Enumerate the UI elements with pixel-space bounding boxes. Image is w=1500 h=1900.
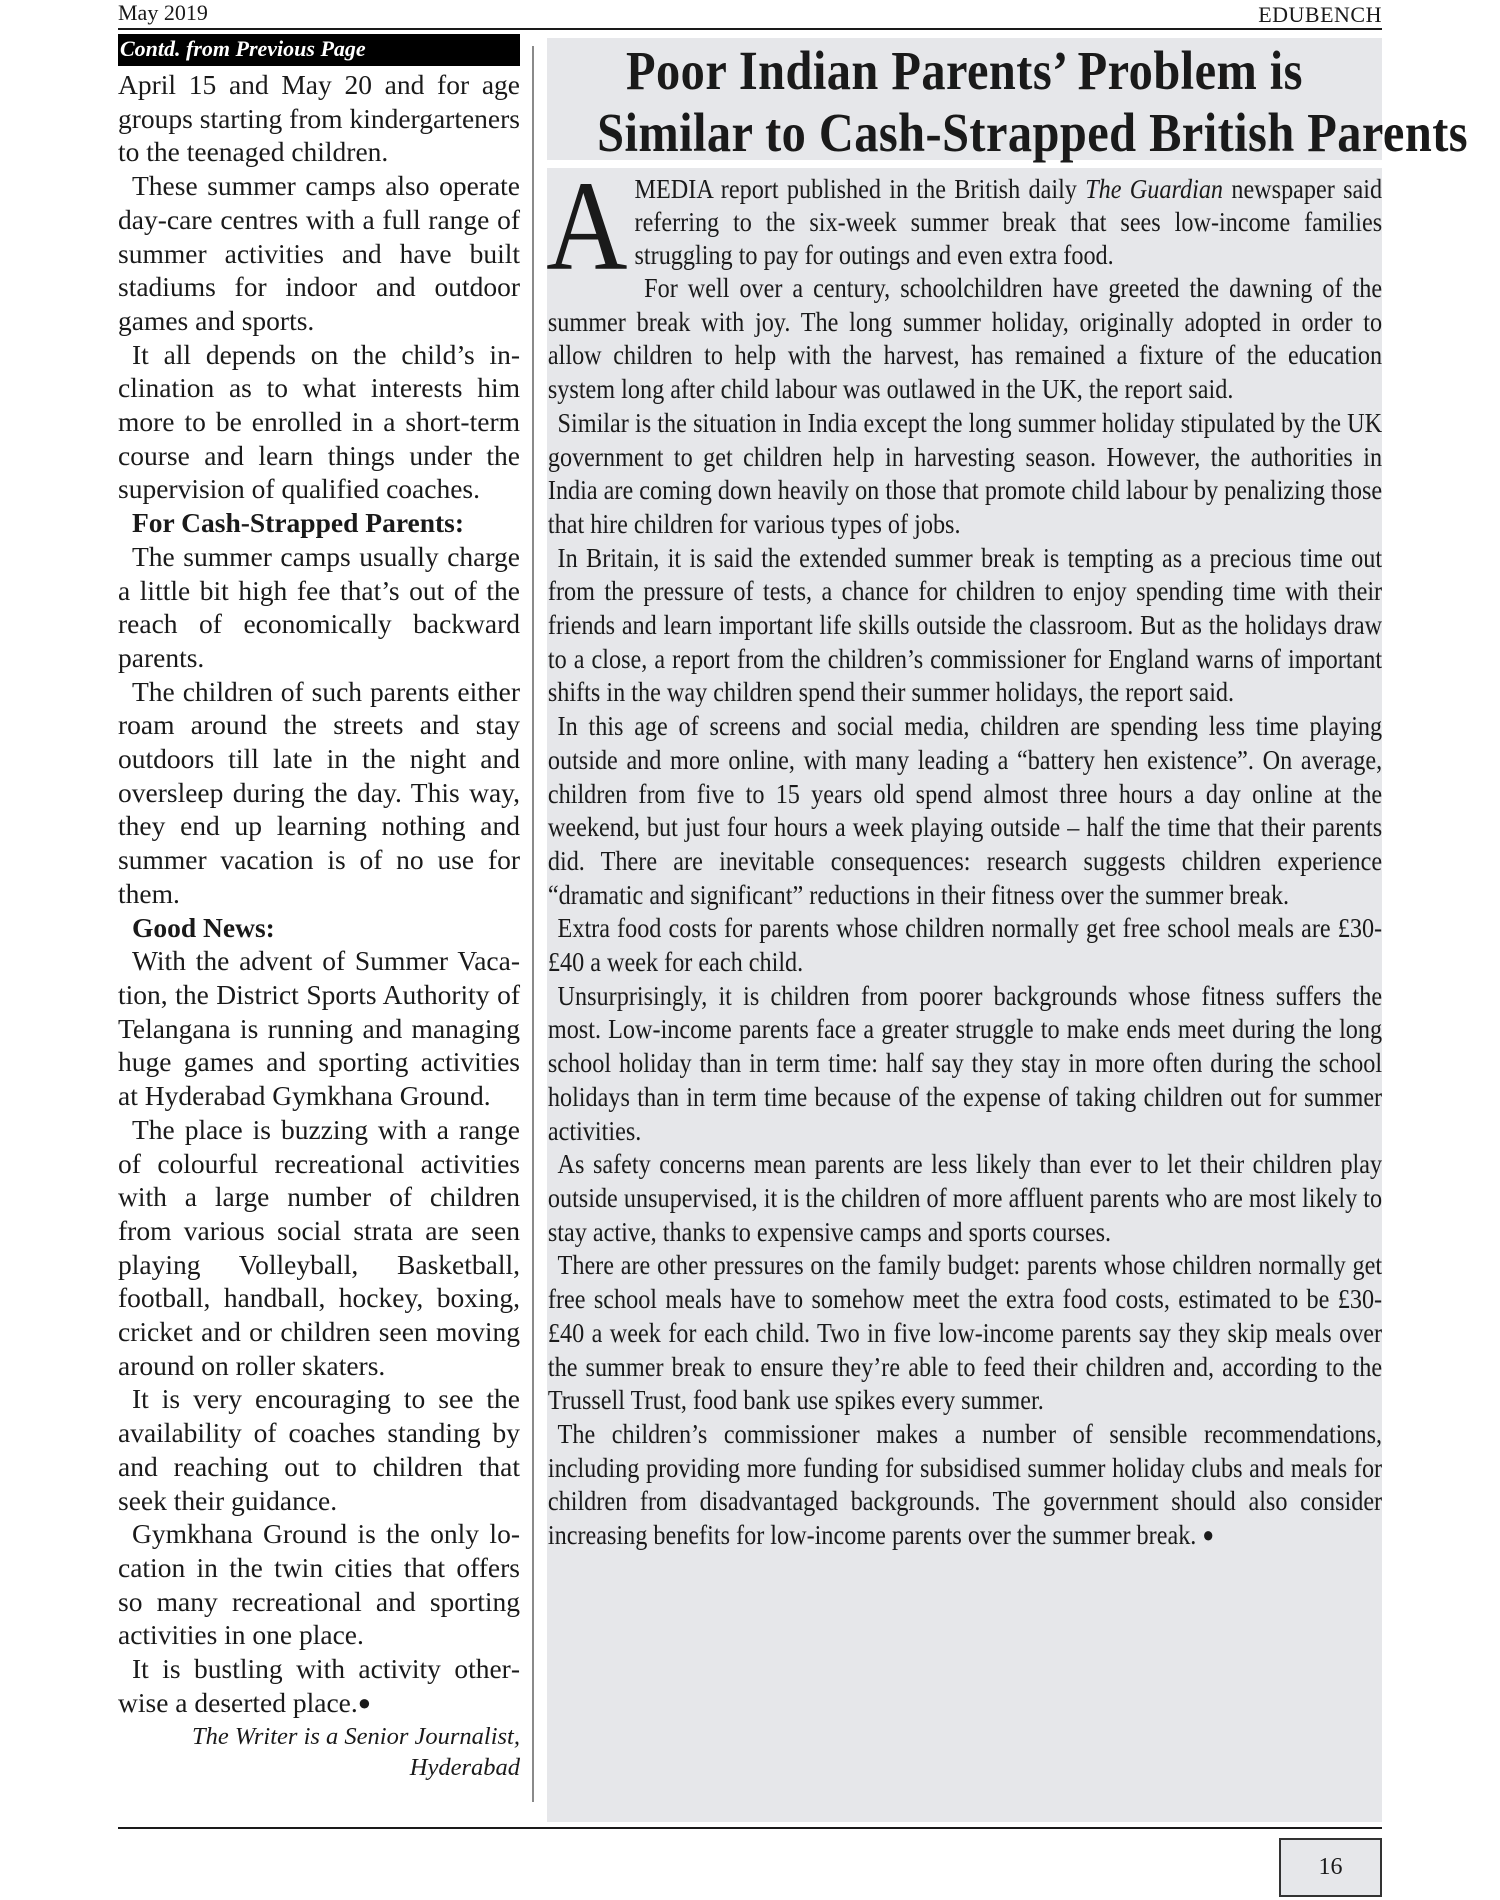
- paragraph: It all depends on the child’s in­clinati…: [118, 338, 520, 507]
- subheading-cash-strapped-parents: For Cash-Strapped Parents:: [118, 506, 520, 540]
- paragraph: April 15 and May 20 and for age groups s…: [118, 68, 520, 169]
- headline-line-2: Similar to Cash-Strapped British Parents: [597, 102, 1332, 164]
- paragraph: In Britain, it is said the extended summ…: [548, 541, 1382, 710]
- byline: The Writer is a Senior Journalist, Hyder…: [118, 1721, 520, 1783]
- left-column: Contd. from Previous Page April 15 and M…: [118, 34, 520, 1783]
- lead-paragraph: AMEDIA report published in the British d…: [548, 168, 1382, 271]
- newspaper-name: The Guardian: [1085, 173, 1223, 204]
- paragraph-final: It is bustling with activity other­wise …: [118, 1652, 520, 1719]
- issue-date: May 2019: [118, 0, 208, 26]
- paragraph: The summer camps usually charge a little…: [118, 540, 520, 675]
- paragraph: These summer camps also operate day-care…: [118, 169, 520, 338]
- paragraph: For well over a century, schoolchildren …: [548, 271, 1382, 406]
- paragraph-final: The children’s commissioner makes a numb…: [548, 1417, 1382, 1552]
- paragraph: In this age of screens and social media,…: [548, 709, 1382, 911]
- column-divider: [532, 46, 534, 1802]
- subheading-good-news: Good News:: [118, 911, 520, 945]
- paragraph: It is very encouraging to see the availa…: [118, 1382, 520, 1517]
- end-mark-icon: ●: [358, 1690, 371, 1715]
- left-column-text: April 15 and May 20 and for age groups s…: [118, 68, 520, 1783]
- paragraph: Unsurprisingly, it is children from poor…: [548, 979, 1382, 1148]
- top-rule: [118, 28, 1382, 30]
- headline-line-1: Poor Indian Parents’ Problem is: [597, 38, 1332, 102]
- paragraph: With the advent of Summer Vaca­tion, the…: [118, 944, 520, 1113]
- paragraph-text: It is bustling with activity other­wise …: [118, 1653, 520, 1718]
- page-number: 16: [1279, 1838, 1382, 1897]
- article-body: AMEDIA report published in the British d…: [547, 168, 1382, 1822]
- headline-box: Poor Indian Parents’ Problem is Similar …: [547, 38, 1382, 160]
- paragraph: There are other pressures on the family …: [548, 1248, 1382, 1417]
- lead-text-1: MEDIA report published in the British da…: [635, 173, 1086, 204]
- paragraph: Gymkhana Ground is the only lo­cation in…: [118, 1517, 520, 1652]
- continued-from-previous-page-label: Contd. from Previous Page: [118, 34, 520, 66]
- paragraph: The place is buzzing with a range of col…: [118, 1113, 520, 1383]
- end-mark-icon: ●: [1202, 1522, 1214, 1547]
- bottom-rule: [118, 1827, 1382, 1829]
- byline-line-2: Hyderabad: [118, 1752, 520, 1783]
- paragraph: Extra food costs for parents whose child…: [548, 911, 1382, 978]
- paragraph: As safety concerns mean parents are less…: [548, 1147, 1382, 1248]
- paragraph-text: The children’s commissioner makes a numb…: [548, 1418, 1382, 1550]
- paragraph: The children of such parents ei­ther roa…: [118, 675, 520, 911]
- drop-cap: A: [546, 176, 627, 272]
- publication-name: EDUBENCH: [1258, 2, 1382, 28]
- article-headline: Poor Indian Parents’ Problem is Similar …: [597, 38, 1332, 164]
- byline-line-1: The Writer is a Senior Journalist,: [118, 1721, 520, 1752]
- paragraph: Similar is the situation in India except…: [548, 406, 1382, 541]
